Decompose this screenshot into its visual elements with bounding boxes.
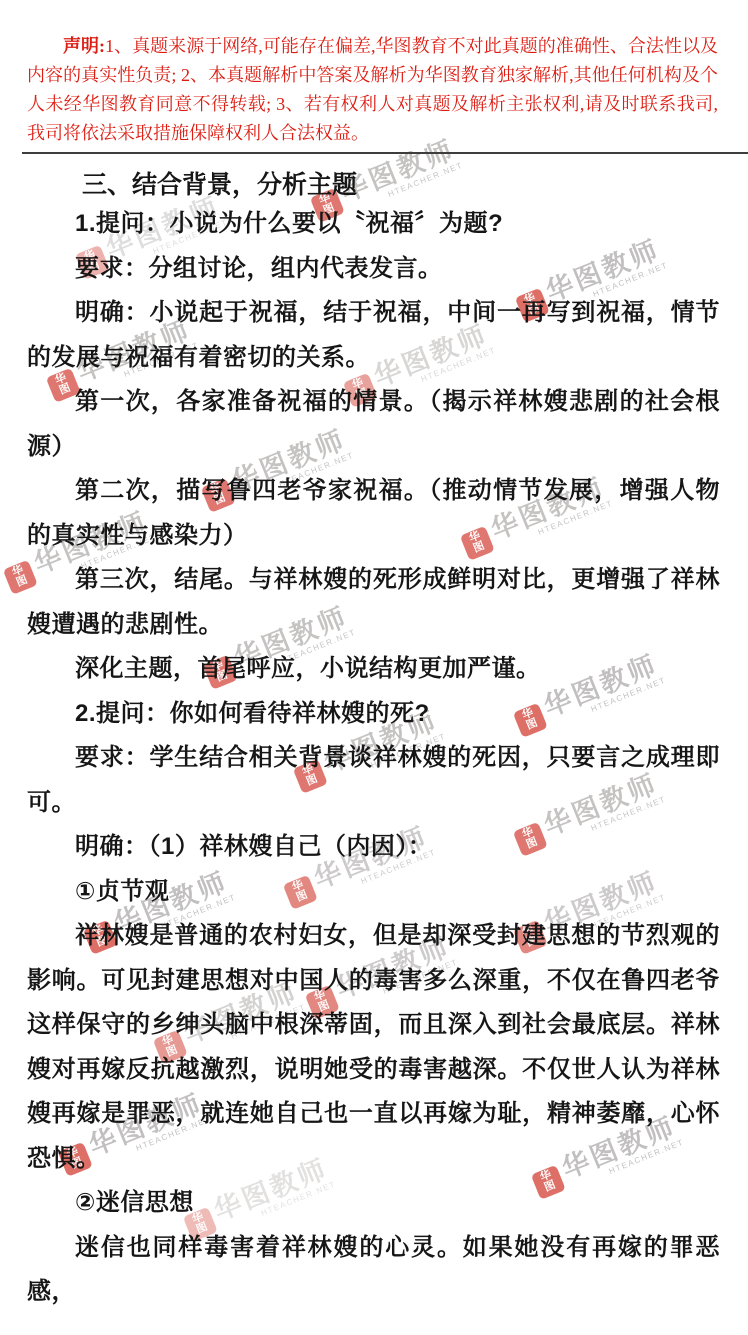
paragraph: 第一次，各家准备祝福的情景。（揭示祥林嫂悲剧的社会根源） bbox=[27, 380, 720, 469]
paragraph: 2.提问：你如何看待祥林嫂的死? bbox=[27, 692, 720, 737]
paragraph: 明确：小说起于祝福，结于祝福，中间一再写到祝福，情节的发展与祝福有着密切的关系。 bbox=[27, 291, 720, 380]
paragraphs-block: 1.提问：小说为什么要以〝祝福〞为题? 要求：分组讨论，组内代表发言。 明确：小… bbox=[27, 202, 720, 1315]
paragraph: 1.提问：小说为什么要以〝祝福〞为题? bbox=[27, 202, 720, 247]
document-page: 华图 华图教师 HTEACHER.NET 华图 华图教师 HTEACHER.NE… bbox=[0, 0, 748, 1335]
paragraph: 第二次，描写鲁四老爷家祝福。（推动情节发展，增强人物的真实性与感染力） bbox=[27, 469, 720, 558]
paragraph: 迷信也同样毒害着祥林嫂的心灵。如果她没有再嫁的罪恶感， bbox=[27, 1226, 720, 1315]
paragraph: 要求：分组讨论，组内代表发言。 bbox=[27, 247, 720, 292]
disclaimer-body: 1、真题来源于网络,可能存在偏差,华图教育不对此真题的准确性、合法性以及内容的真… bbox=[27, 36, 718, 143]
paragraph: 第三次，结尾。与祥林嫂的死形成鲜明对比，更增强了祥林嫂遭遇的悲剧性。 bbox=[27, 558, 720, 647]
paragraph: 要求：学生结合相关背景谈祥林嫂的死因，只要言之成理即可。 bbox=[27, 736, 720, 825]
document-content: 声明:1、真题来源于网络,可能存在偏差,华图教育不对此真题的准确性、合法性以及内… bbox=[0, 32, 748, 1315]
paragraph: ①贞节观 bbox=[27, 870, 720, 915]
disclaimer-text: 声明:1、真题来源于网络,可能存在偏差,华图教育不对此真题的准确性、合法性以及内… bbox=[27, 32, 718, 148]
paragraph: 祥林嫂是普通的农村妇女，但是却深受封建思想的节烈观的影响。可见封建思想对中国人的… bbox=[27, 914, 720, 1181]
disclaimer-label: 声明: bbox=[63, 36, 105, 56]
paragraph: 深化主题，首尾呼应，小说结构更加严谨。 bbox=[27, 647, 720, 692]
section-heading: 三、结合背景，分析主题 bbox=[27, 168, 718, 202]
paragraph: ②迷信思想 bbox=[27, 1181, 720, 1226]
section-divider bbox=[22, 152, 748, 154]
paragraph: 明确：（1）祥林嫂自己（内因）： bbox=[27, 825, 720, 870]
